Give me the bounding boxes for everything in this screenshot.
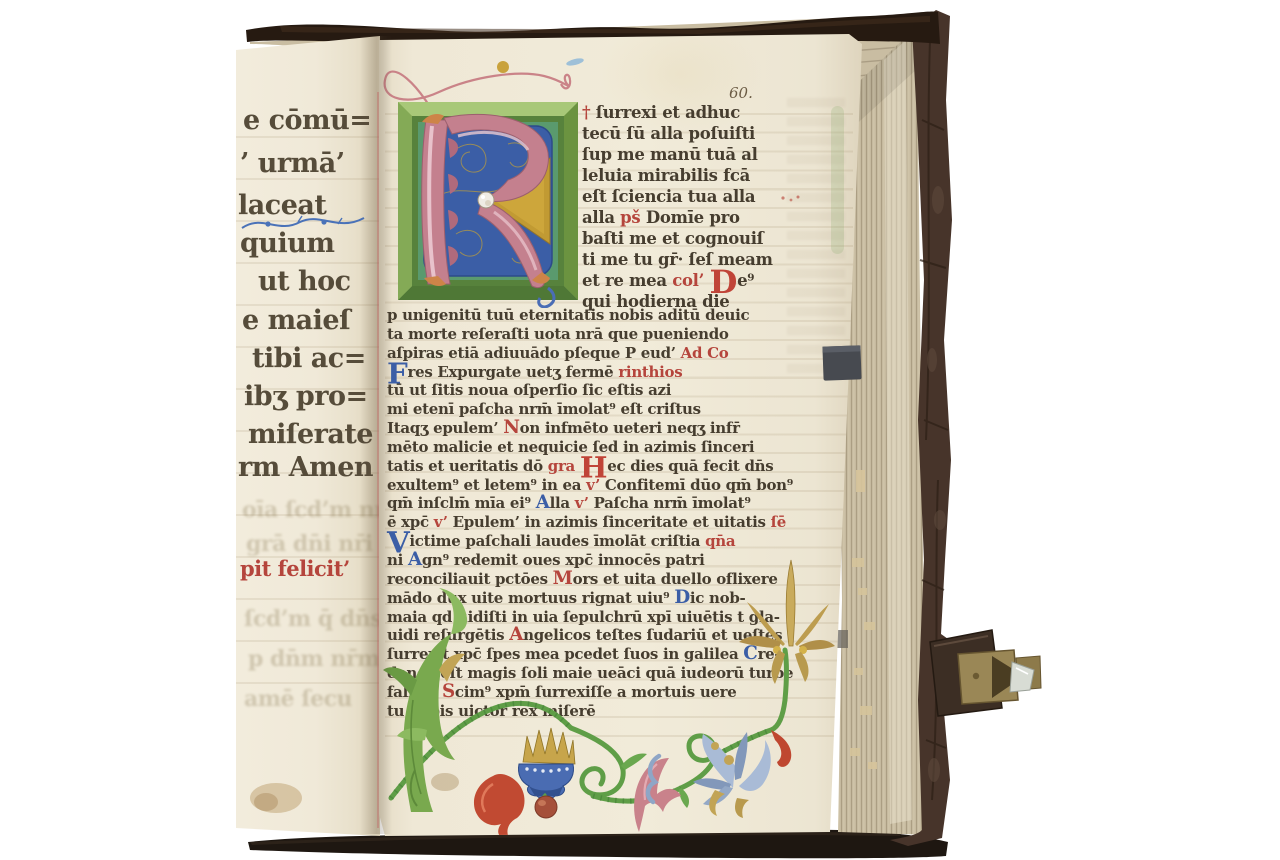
bluegrey-acanthus — [693, 732, 771, 805]
manuscript-text-line: mi etenī paſcha nrm̄ īmolat⁹ eſt criſtus — [387, 400, 857, 419]
text-segment: baſti me et cognouiſ — [582, 229, 763, 248]
manuscript-photo: e cōmū=’ urmā’laceatquiumut hoce maieſti… — [0, 0, 1280, 860]
text-segment: v’ — [434, 513, 453, 531]
left-page-text-line: grā dn̄i nr̄i — [246, 531, 373, 557]
right-page: 60. — [379, 34, 863, 836]
text-segment: ictime paſchali laudes īmolāt criſtia — [409, 532, 705, 550]
text-segment: Itaqʒ epulem’ — [387, 419, 503, 437]
manuscript-text-line: qm̄ inſclm̄ mīa ei⁹ Alla v’ Paſcha nrm̄ … — [387, 494, 857, 513]
manuscript-text-line: ta morte reſeraſti uota nrā que pueniend… — [387, 325, 857, 344]
left-page-text-line: amē ſecu — [244, 686, 352, 712]
manuscript-text-line: Itaqʒ epulem’ Non infmēto ueteri neqʒ in… — [387, 419, 857, 438]
manuscript-text-line: et re mea col’ De⁹ — [582, 270, 858, 291]
left-page-text-line: tibi ac= — [252, 343, 366, 374]
text-segment: tatis et ueritatis dō — [387, 457, 548, 475]
manuscript-text-line: Victime paſchali laudes īmolāt criſtia q… — [387, 532, 857, 551]
text-segment: exultem⁹ et letem⁹ in ea — [387, 476, 586, 494]
manuscript-text-line: mēto malicie et nequicie ſed in azimis ſ… — [387, 438, 857, 457]
left-page-text-line: ut hoc — [258, 266, 351, 297]
text-segment: p unigenitū tuū eternitatis nobis aditū … — [387, 306, 749, 324]
text-segment: qn̄a — [705, 532, 735, 550]
text-segment: gra — [548, 457, 580, 475]
page-stain — [244, 776, 314, 820]
manuscript-text-line: leluia mirabilis fcā — [582, 165, 858, 186]
text-segment: pš — [620, 208, 646, 227]
text-segment: leluia mirabilis fcā — [582, 166, 750, 185]
text-segment: e⁹ — [737, 271, 754, 290]
text-segment: v’ — [575, 494, 594, 512]
left-page-text-line: miſerate — [248, 419, 373, 450]
text-segment: Ad Co — [681, 344, 729, 362]
text-segment: ſup me manū tuā al — [582, 145, 758, 164]
crown-flower — [518, 728, 575, 818]
manuscript-text-line: tatis et ueritatis dō gra Hec dies quā f… — [387, 457, 857, 476]
left-page: e cōmū=’ urmā’laceatquiumut hoce maieſti… — [236, 36, 380, 836]
text-segment: mi etenī paſcha nrm̄ īmolat⁹ eſt criſtus — [387, 400, 701, 418]
text-segment: mēto malicie et nequicie ſed in azimis ſ… — [387, 438, 754, 456]
pen-flourish-blue — [238, 210, 372, 240]
clasp — [930, 630, 1041, 716]
text-segment: ti me tu gr̄· ſeſ meam — [582, 250, 773, 269]
manuscript-text-line: Fres Expurgate uetʒ fermē rinthios — [387, 363, 857, 382]
manuscript-text-line: tū ut ſitis noua oſperſio ſic eſtis azi — [387, 381, 857, 400]
fold-ruling-line — [377, 92, 379, 828]
left-page-text-line: e cōmū= — [243, 105, 371, 136]
text-segment: col’ — [672, 271, 709, 290]
vine-border — [381, 550, 837, 836]
gold-dot — [497, 61, 509, 73]
text-segment: res Expurgate uetʒ fermē — [407, 363, 618, 381]
text-segment: A — [536, 492, 550, 513]
text-segment: et re mea — [582, 271, 672, 290]
text-segment: aſpiras etiā adiuuādo pſeque P eud’ — [387, 344, 681, 362]
text-segment: rinthios — [618, 363, 682, 381]
manuscript-text-line: baſti me et cognouiſ — [582, 228, 858, 249]
text-segment: ec dies quā fecit dn̄s — [607, 457, 773, 475]
pearl — [478, 192, 494, 208]
text-segment: ta morte reſeraſti uota nrā que pueniend… — [387, 325, 729, 343]
left-page-text-line: ibʒ pro= — [244, 381, 368, 412]
left-page-text-line: e maieſ — [242, 305, 350, 336]
text-segment: Epulem’ in azimis ſinceritate et uitatis — [453, 513, 771, 531]
manuscript-text-line: aſpiras etiā adiuuādo pſeque P eud’ Ad C… — [387, 344, 857, 363]
text-segment: Confitemī dūo qm̄ bon⁹ — [605, 476, 793, 494]
text-segment: on infmēto ueteri neqʒ infr̄ — [520, 419, 740, 437]
text-segment: tū ut ſitis noua oſperſio ſic eſtis azi — [387, 381, 671, 399]
text-segment: lla — [550, 494, 575, 512]
manuscript-text-line: ſup me manū tuā al — [582, 144, 858, 165]
text-segment: ſē — [771, 513, 786, 531]
text-segment: ſurrexi et adhuc — [596, 103, 740, 122]
illuminated-initial-R — [398, 102, 578, 308]
text-segment: alla — [582, 208, 620, 227]
blue-smudge — [566, 57, 585, 67]
text-column-beside-initial: † ſurrexi et adhuctecū ſū alla poſuiſtiſ… — [582, 102, 858, 312]
text-segment: † — [582, 103, 596, 122]
folio-number: 60. — [729, 84, 753, 102]
text-segment: N — [503, 417, 519, 438]
text-segment: v’ — [586, 476, 605, 494]
left-page-text-line: ’ urmā’ — [240, 148, 345, 179]
manuscript-text-line: † ſurrexi et adhuc — [582, 102, 858, 123]
left-page-text-line: pit felicit’ — [240, 556, 350, 581]
gutter-shadow — [360, 36, 392, 834]
manuscript-text-line: tecū ſū alla poſuiſti — [582, 123, 858, 144]
text-segment: qm̄ inſclm̄ mīa ei⁹ — [387, 494, 536, 512]
pink-acanthus — [634, 758, 681, 832]
manuscript-text-line: ē xpc̄ v’ Epulem’ in azimis ſinceritate … — [387, 513, 857, 532]
leaf-tab — [818, 340, 868, 388]
manuscript-text-line: alla pš Domīe pro — [582, 207, 858, 228]
manuscript-text-line: p unigenitū tuū eternitatis nobis aditū … — [387, 306, 857, 325]
left-page-text-line: rm Amen — [238, 452, 373, 483]
text-segment: Domīe pro — [646, 208, 740, 227]
manuscript-text-line: exultem⁹ et letem⁹ in ea v’ Confitemī dū… — [387, 476, 857, 495]
text-segment: Paſcha nrm̄ īmolat⁹ — [594, 494, 751, 512]
manuscript-text-line: eſt ſciencia tua alla — [582, 186, 858, 207]
text-segment: tecū ſū alla poſuiſti — [582, 124, 755, 143]
text-segment: eſt ſciencia tua alla — [582, 187, 755, 206]
